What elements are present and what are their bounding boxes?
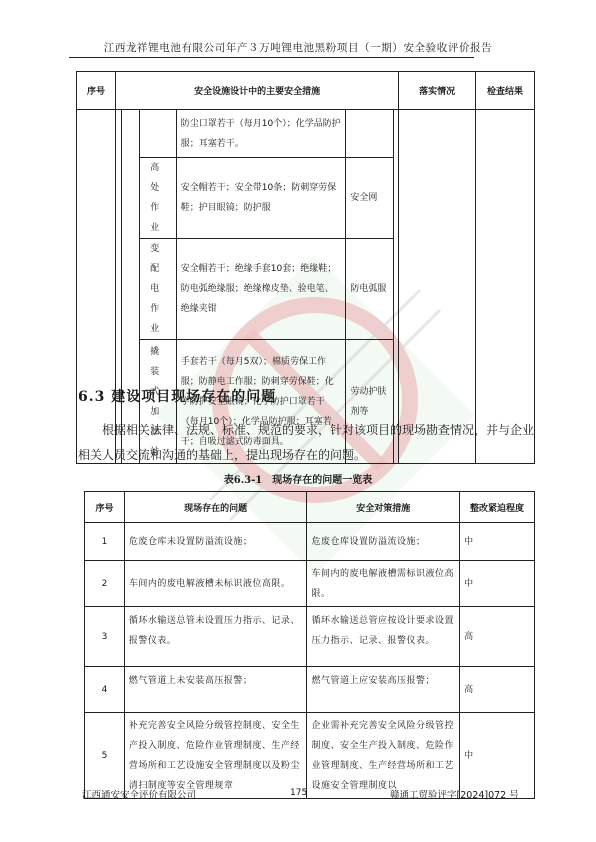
- measure-cell: 危废仓库设置防溢流设施；: [307, 523, 460, 561]
- urgency-cell: 中: [460, 713, 535, 799]
- table-caption: 表6.3-1 现场存在的问题一览表: [0, 471, 596, 486]
- table-header-row: 序号 安全设施设计中的主要安全措施 落实情况 检查结果: [77, 72, 535, 110]
- table-row: 2 车间内的废电解液槽未标识液位高限。 车间内的废电解液槽需标识液位高限。 中: [85, 561, 535, 607]
- paragraph-text: 根据相关法律、法规、标准、规范的要求，针对该项目的现场勘查情况，并与企业相关人员…: [78, 418, 538, 468]
- problem-cell: 危废仓库未设置防溢流设施；: [124, 523, 307, 561]
- problem-cell: 循环水输送总管未设置压力指示、记录、报警仪表。: [124, 607, 307, 667]
- row-number: 1: [85, 523, 125, 561]
- measure-cell: 车间内的废电解液槽需标识液位高限。: [307, 561, 460, 607]
- extra-cell: 防电弧服: [346, 239, 394, 340]
- detail-cell: 安全帽若干；绝缘手套10套；绝缘鞋；防电弧绝缘服；绝缘橡皮垫、验电笔、绝缘夹钳: [176, 239, 346, 340]
- col-header-problem: 现场存在的问题: [124, 492, 307, 523]
- row-number: 3: [85, 607, 125, 667]
- problem-cell: 车间内的废电解液槽未标识液位高限。: [124, 561, 307, 607]
- detail-cell: 防尘口罩若干（每月10个）；化学品防护服；耳塞若干。: [176, 110, 346, 158]
- col-header-no: 序号: [77, 72, 116, 110]
- footer-document-number: 赣通工贸验评字[2024]072 号: [390, 787, 519, 801]
- col-header-no: 序号: [85, 492, 125, 523]
- col-header-urgency: 整改紧迫程度: [460, 492, 535, 523]
- page-number: 175: [290, 788, 307, 798]
- category-cell: 高处作业: [139, 158, 176, 239]
- measure-cell: 企业需补充完善安全风险分级管控制度、安全生产投入制度、危险作业管理制度、生产经营…: [307, 713, 460, 799]
- col-header-measure: 安全对策措施: [307, 492, 460, 523]
- problem-cell: 补充完善安全风险分级管控制度、安全生产投入制度、危险作业管理制度、生产经营场所和…: [124, 713, 307, 799]
- row-number: 5: [85, 713, 125, 799]
- row-number: 2: [85, 561, 125, 607]
- table-row: 4 燃气管道上未安装高压报警； 燃气管道上应安装高压报警； 高: [85, 667, 535, 713]
- row-number: 4: [85, 667, 125, 713]
- category-cell: 变配电作业: [139, 239, 176, 340]
- category-cell: [139, 110, 176, 158]
- issues-table: 序号 现场存在的问题 安全对策措施 整改紧迫程度 1 危废仓库未设置防溢流设施；…: [84, 491, 535, 799]
- col-header-result: 检查结果: [476, 72, 535, 110]
- table-header-row: 序号 现场存在的问题 安全对策措施 整改紧迫程度: [85, 492, 535, 523]
- urgency-cell: 中: [460, 523, 535, 561]
- footer-company: 江西通安安全评价有限公司: [82, 787, 196, 801]
- section-title: 6.3 建设项目现场存在的问题: [78, 386, 276, 406]
- extra-cell: [346, 110, 394, 158]
- urgency-cell: 高: [460, 667, 535, 713]
- implementation-cell: [399, 110, 476, 464]
- table-row: 3 循环水输送总管未设置压力指示、记录、报警仪表。 循环水输送总管应按设计要求设…: [85, 607, 535, 667]
- table-row: 防尘口罩若干（每月10个）；化学品防护服；耳塞若干。: [77, 110, 535, 158]
- table-row: 5 补充完善安全风险分级管控制度、安全生产投入制度、危险作业管理制度、生产经营场…: [85, 713, 535, 799]
- extra-cell: 安全网: [346, 158, 394, 239]
- urgency-cell: 中: [460, 561, 535, 607]
- result-cell: [476, 110, 535, 464]
- measure-cell: 燃气管道上应安装高压报警；: [307, 667, 460, 713]
- problem-cell: 燃气管道上未安装高压报警；: [124, 667, 307, 713]
- report-header-title: 江西龙祥锂电池有限公司年产３万吨锂电池黑粉项目（一期）安全验收评价报告: [0, 40, 596, 55]
- urgency-cell: 高: [460, 607, 535, 667]
- section-paragraph: 根据相关法律、法规、标准、规范的要求，针对该项目的现场勘查情况，并与企业相关人员…: [78, 418, 538, 468]
- header-rule: [69, 57, 474, 58]
- table-row: 1 危废仓库未设置防溢流设施； 危废仓库设置防溢流设施； 中: [85, 523, 535, 561]
- col-header-measures: 安全设施设计中的主要安全措施: [115, 72, 398, 110]
- detail-cell: 安全帽若干；安全带10条；防刺穿劳保鞋；护目眼镜；防护服: [176, 158, 346, 239]
- measure-cell: 循环水输送总管应按设计要求设置压力指示、记录、报警仪表。: [307, 607, 460, 667]
- col-header-implementation: 落实情况: [399, 72, 476, 110]
